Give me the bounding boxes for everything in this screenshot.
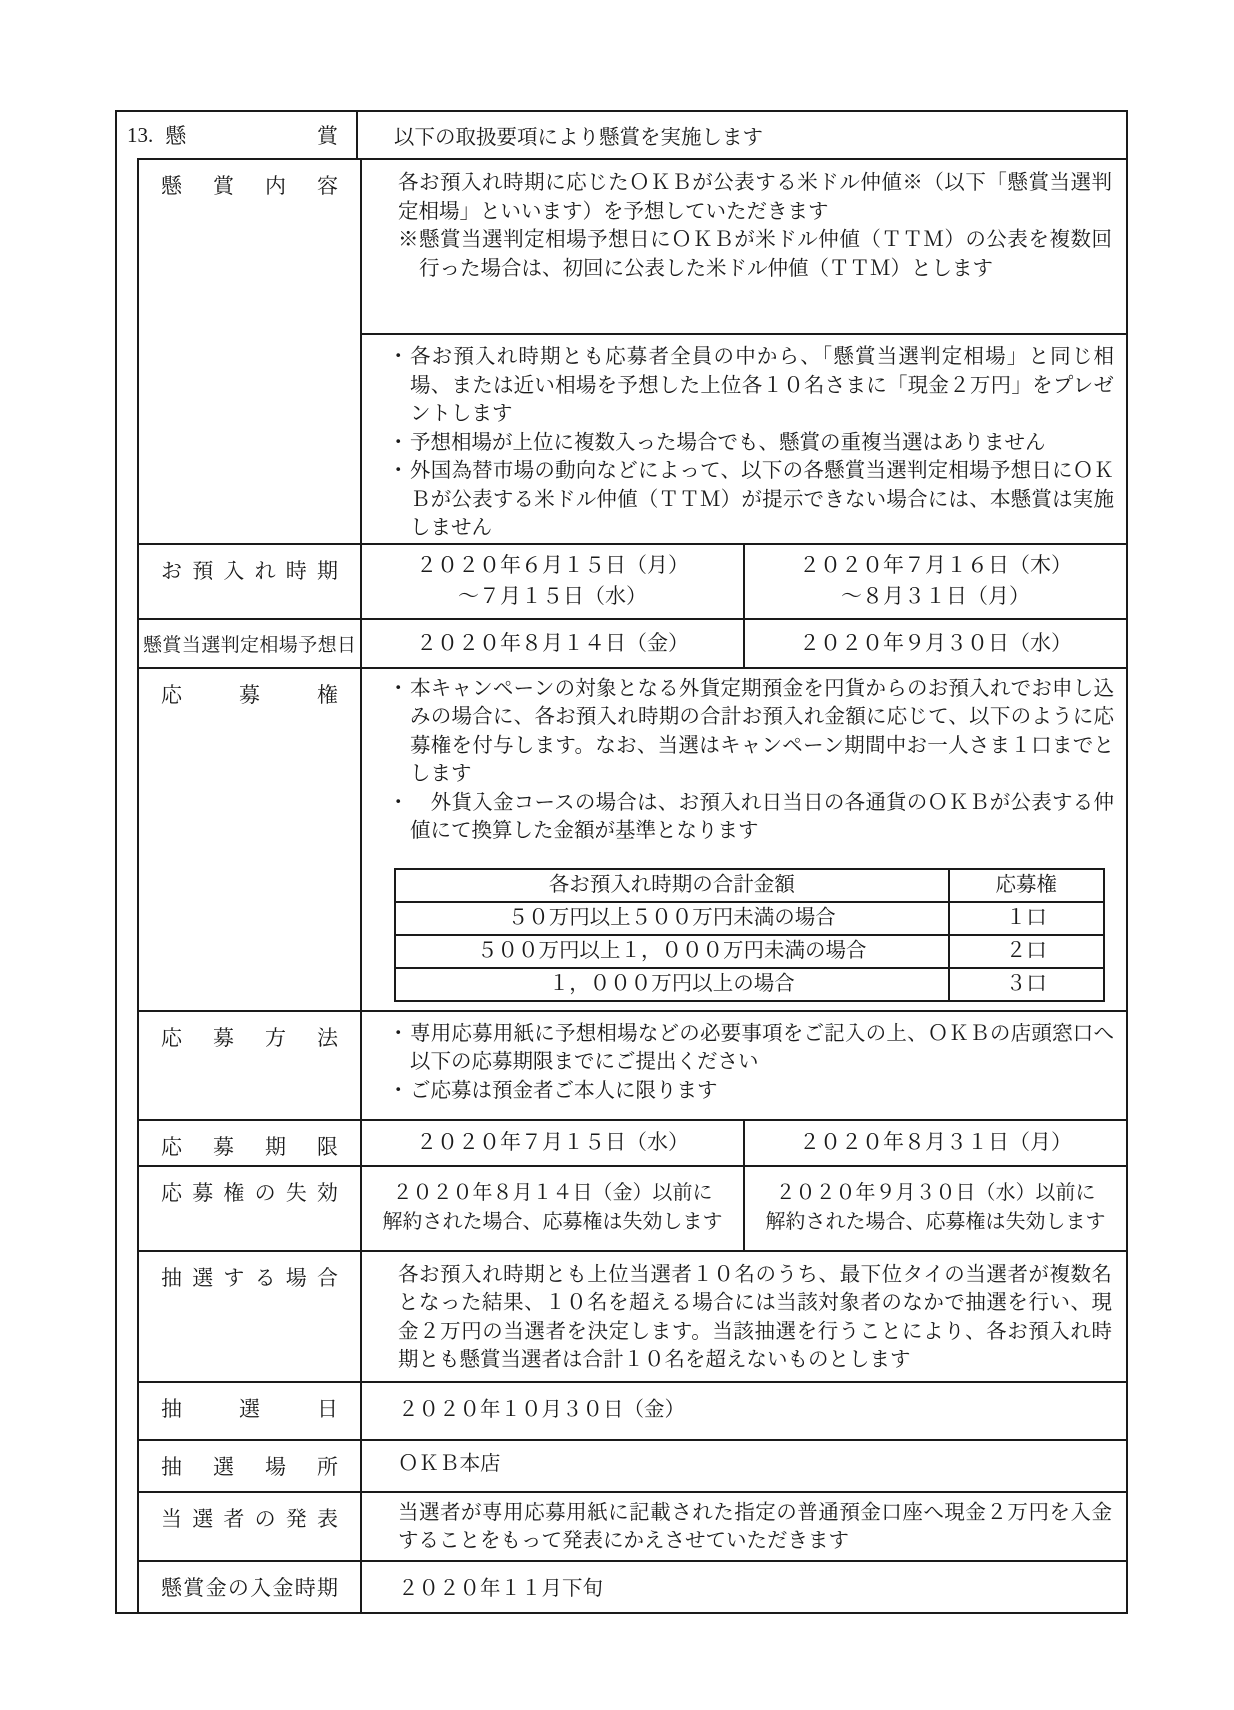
bullet-icon: ・ bbox=[388, 457, 410, 543]
lottery-case-content: 各お預入れ時期とも上位当選者１０名のうち、最下位タイの当選者が複数名となった結果… bbox=[362, 1252, 1126, 1381]
bullet-icon: ・ bbox=[388, 675, 410, 789]
item-title: 懸賞 bbox=[165, 120, 338, 150]
entry-method-bullets: ・ 専用応募用紙に予想相場などの必要事項をご記入の上、ＯＫＢの店頭窓口へ以下の応… bbox=[362, 1012, 1126, 1106]
label-lottery-date: 抽選日 bbox=[139, 1383, 362, 1439]
entry-right-content: ・ 本キャンペーンの対象となる外貨定期預金を円貨からのお預入れでお申し込みの場合… bbox=[362, 669, 1126, 1010]
row-winner-announce: 当選者の発表 当選者が専用応募用紙に記載された指定の普通預金口座へ現金２万円を入… bbox=[139, 1493, 1126, 1562]
prize-detail-para1: 各お預入れ時期に応じたＯＫＢが公表する米ドル仲値※（以下「懸賞当選判定相場」とい… bbox=[398, 169, 1112, 226]
list-item: ・ 各お預入れ時期とも応募者全員の中から、「懸賞当選判定相場」と同じ相場、または… bbox=[388, 343, 1118, 429]
entry-deadline-2: ２０２０年８月３１日（月） bbox=[743, 1121, 1126, 1165]
row-prize-payment: 懸賞金の入金時期 ２０２０年１１月下旬 bbox=[139, 1562, 1126, 1612]
right-expiry-content: ２０２０年８月１４日（金）以前に 解約された場合、応募権は失効します ２０２０年… bbox=[362, 1167, 1126, 1250]
table-row: ５０万円以上５００万円未満の場合 １口 bbox=[395, 902, 1104, 935]
terms-table: 13. 懸賞 以下の取扱要項により懸賞を実施します 懸賞内容 各お預入れ時期に応… bbox=[115, 110, 1128, 1614]
lottery-date-content: ２０２０年１０月３０日（金） bbox=[362, 1383, 1126, 1439]
col-header-amount: 各お預入れ時期の合計金額 bbox=[395, 869, 949, 902]
row-judge-date: 懸賞当選判定相場予想日 ２０２０年８月１４日（金） ２０２０年９月３０日（水） bbox=[139, 620, 1126, 669]
winner-announce-text: 当選者が専用応募用紙に記載された指定の普通預金口座へ現金２万円を入金することをも… bbox=[362, 1493, 1126, 1560]
bullet-icon: ・ bbox=[388, 789, 410, 846]
deposit-period-2: ２０２０年７月１６日（木） ～８月３１日（月） bbox=[743, 545, 1126, 618]
list-item: ・ 予想相場が上位に複数入った場合でも、懸賞の重複当選はありません bbox=[388, 429, 1118, 458]
row-right-expiry: 応募権の失効 ２０２０年８月１４日（金）以前に 解約された場合、応募権は失効しま… bbox=[139, 1167, 1126, 1252]
entry-deadline-1: ２０２０年７月１５日（水） bbox=[362, 1121, 743, 1165]
label-prize-payment: 懸賞金の入金時期 bbox=[139, 1562, 362, 1612]
col-header-entries: 応募権 bbox=[949, 869, 1104, 902]
prize-terms-inner-table: 懸賞内容 各お預入れ時期に応じたＯＫＢが公表する米ドル仲値※（以下「懸賞当選判定… bbox=[137, 158, 1126, 1612]
right-expiry-2: ２０２０年９月３０日（水）以前に 解約された場合、応募権は失効します bbox=[743, 1167, 1126, 1250]
judge-date-1: ２０２０年８月１４日（金） bbox=[362, 620, 743, 667]
label-winner-announce: 当選者の発表 bbox=[139, 1493, 362, 1560]
row-item-13: 13. 懸賞 以下の取扱要項により懸賞を実施します bbox=[117, 112, 1126, 158]
entry-right-bullets: ・ 本キャンペーンの対象となる外貨定期預金を円貨からのお預入れでお申し込みの場合… bbox=[362, 669, 1126, 846]
row-entry-method: 応募方法 ・ 専用応募用紙に予想相場などの必要事項をご記入の上、ＯＫＢの店頭窓口… bbox=[139, 1012, 1126, 1121]
row-lottery-place: 抽選場所 ＯＫＢ本店 bbox=[139, 1441, 1126, 1493]
prize-detail-content: 各お預入れ時期に応じたＯＫＢが公表する米ドル仲値※（以下「懸賞当選判定相場」とい… bbox=[362, 160, 1126, 543]
row-deposit-period: お預入れ時期 ２０２０年６月１５日（月） ～７月１５日（水） ２０２０年７月１６… bbox=[139, 545, 1126, 620]
list-item: ・ ご応募は預金者ご本人に限ります bbox=[388, 1077, 1118, 1106]
row-lottery-case: 抽選する場合 各お預入れ時期とも上位当選者１０名のうち、最下位タイの当選者が複数… bbox=[139, 1252, 1126, 1383]
label-entry-deadline: 応募期限 bbox=[139, 1121, 362, 1165]
item-13-label-cell: 13. 懸賞 bbox=[117, 112, 358, 158]
judge-date-content: ２０２０年８月１４日（金） ２０２０年９月３０日（水） bbox=[362, 620, 1126, 667]
document-page: 13. 懸賞 以下の取扱要項により懸賞を実施します 懸賞内容 各お預入れ時期に応… bbox=[0, 0, 1234, 1710]
deposit-period-1: ２０２０年６月１５日（月） ～７月１５日（水） bbox=[362, 545, 743, 618]
prize-detail-bottom-cell: ・ 各お預入れ時期とも応募者全員の中から、「懸賞当選判定相場」と同じ相場、または… bbox=[362, 335, 1126, 543]
label-lottery-case: 抽選する場合 bbox=[139, 1252, 362, 1381]
prize-detail-paragraphs: 各お預入れ時期に応じたＯＫＢが公表する米ドル仲値※（以下「懸賞当選判定相場」とい… bbox=[362, 160, 1126, 283]
prize-payment-text: ２０２０年１１月下旬 bbox=[362, 1562, 1126, 1604]
entry-right-tier-table: 各お預入れ時期の合計金額 応募権 ５０万円以上５００万円未満の場合 １口 ５００… bbox=[394, 868, 1105, 1002]
lottery-case-text: 各お預入れ時期とも上位当選者１０名のうち、最下位タイの当選者が複数名となった結果… bbox=[362, 1252, 1126, 1375]
row-prize-detail: 懸賞内容 各お預入れ時期に応じたＯＫＢが公表する米ドル仲値※（以下「懸賞当選判定… bbox=[139, 160, 1126, 545]
prize-detail-top-cell: 各お預入れ時期に応じたＯＫＢが公表する米ドル仲値※（以下「懸賞当選判定相場」とい… bbox=[362, 160, 1126, 335]
bullet-icon: ・ bbox=[388, 1077, 410, 1106]
winner-announce-content: 当選者が専用応募用紙に記載された指定の普通預金口座へ現金２万円を入金することをも… bbox=[362, 1493, 1126, 1560]
table-header-row: 各お預入れ時期の合計金額 応募権 bbox=[395, 869, 1104, 902]
list-item: ・ 外国為替市場の動向などによって、以下の各懸賞当選判定相場予想日にＯＫＢが公表… bbox=[388, 457, 1118, 543]
prize-detail-para2: ※懸賞当選判定相場予想日にＯＫＢが米ドル仲値（ＴＴＭ）の公表を複数回行った場合は… bbox=[398, 226, 1112, 283]
prize-payment-content: ２０２０年１１月下旬 bbox=[362, 1562, 1126, 1612]
bullet-icon: ・ bbox=[388, 429, 410, 458]
bullet-icon: ・ bbox=[388, 1020, 410, 1077]
bullet-icon: ・ bbox=[388, 343, 410, 429]
list-item: ・ 専用応募用紙に予想相場などの必要事項をご記入の上、ＯＫＢの店頭窓口へ以下の応… bbox=[388, 1020, 1118, 1077]
label-entry-right: 応募権 bbox=[139, 669, 362, 1010]
table-row: ５００万円以上１，０００万円未満の場合 ２口 bbox=[395, 935, 1104, 968]
item-number: 13. bbox=[127, 123, 153, 148]
list-item: ・ 外貨入金コースの場合は、お預入れ日当日の各通貨のＯＫＢが公表する仲値にて換算… bbox=[388, 789, 1118, 846]
label-prize-detail: 懸賞内容 bbox=[139, 160, 362, 543]
lottery-place-content: ＯＫＢ本店 bbox=[362, 1441, 1126, 1491]
entry-method-content: ・ 専用応募用紙に予想相場などの必要事項をご記入の上、ＯＫＢの店頭窓口へ以下の応… bbox=[362, 1012, 1126, 1119]
label-judge-date: 懸賞当選判定相場予想日 bbox=[139, 620, 362, 667]
label-right-expiry: 応募権の失効 bbox=[139, 1167, 362, 1250]
label-entry-method: 応募方法 bbox=[139, 1012, 362, 1119]
lottery-place-text: ＯＫＢ本店 bbox=[362, 1441, 1126, 1479]
prize-detail-bullets: ・ 各お預入れ時期とも応募者全員の中から、「懸賞当選判定相場」と同じ相場、または… bbox=[362, 335, 1126, 543]
right-expiry-1: ２０２０年８月１４日（金）以前に 解約された場合、応募権は失効します bbox=[362, 1167, 743, 1250]
judge-date-2: ２０２０年９月３０日（水） bbox=[743, 620, 1126, 667]
table-row: １，０００万円以上の場合 ３口 bbox=[395, 968, 1104, 1001]
entry-deadline-content: ２０２０年７月１５日（水） ２０２０年８月３１日（月） bbox=[362, 1121, 1126, 1165]
lottery-date-text: ２０２０年１０月３０日（金） bbox=[362, 1383, 1126, 1425]
item-13-intro: 以下の取扱要項により懸賞を実施します bbox=[358, 112, 1126, 158]
row-lottery-date: 抽選日 ２０２０年１０月３０日（金） bbox=[139, 1383, 1126, 1441]
row-entry-right: 応募権 ・ 本キャンペーンの対象となる外貨定期預金を円貨からのお預入れでお申し込… bbox=[139, 669, 1126, 1012]
row-entry-deadline: 応募期限 ２０２０年７月１５日（水） ２０２０年８月３１日（月） bbox=[139, 1121, 1126, 1167]
label-deposit-period: お預入れ時期 bbox=[139, 545, 362, 618]
deposit-period-content: ２０２０年６月１５日（月） ～７月１５日（水） ２０２０年７月１６日（木） ～８… bbox=[362, 545, 1126, 618]
list-item: ・ 本キャンペーンの対象となる外貨定期預金を円貨からのお預入れでお申し込みの場合… bbox=[388, 675, 1118, 789]
label-lottery-place: 抽選場所 bbox=[139, 1441, 362, 1491]
